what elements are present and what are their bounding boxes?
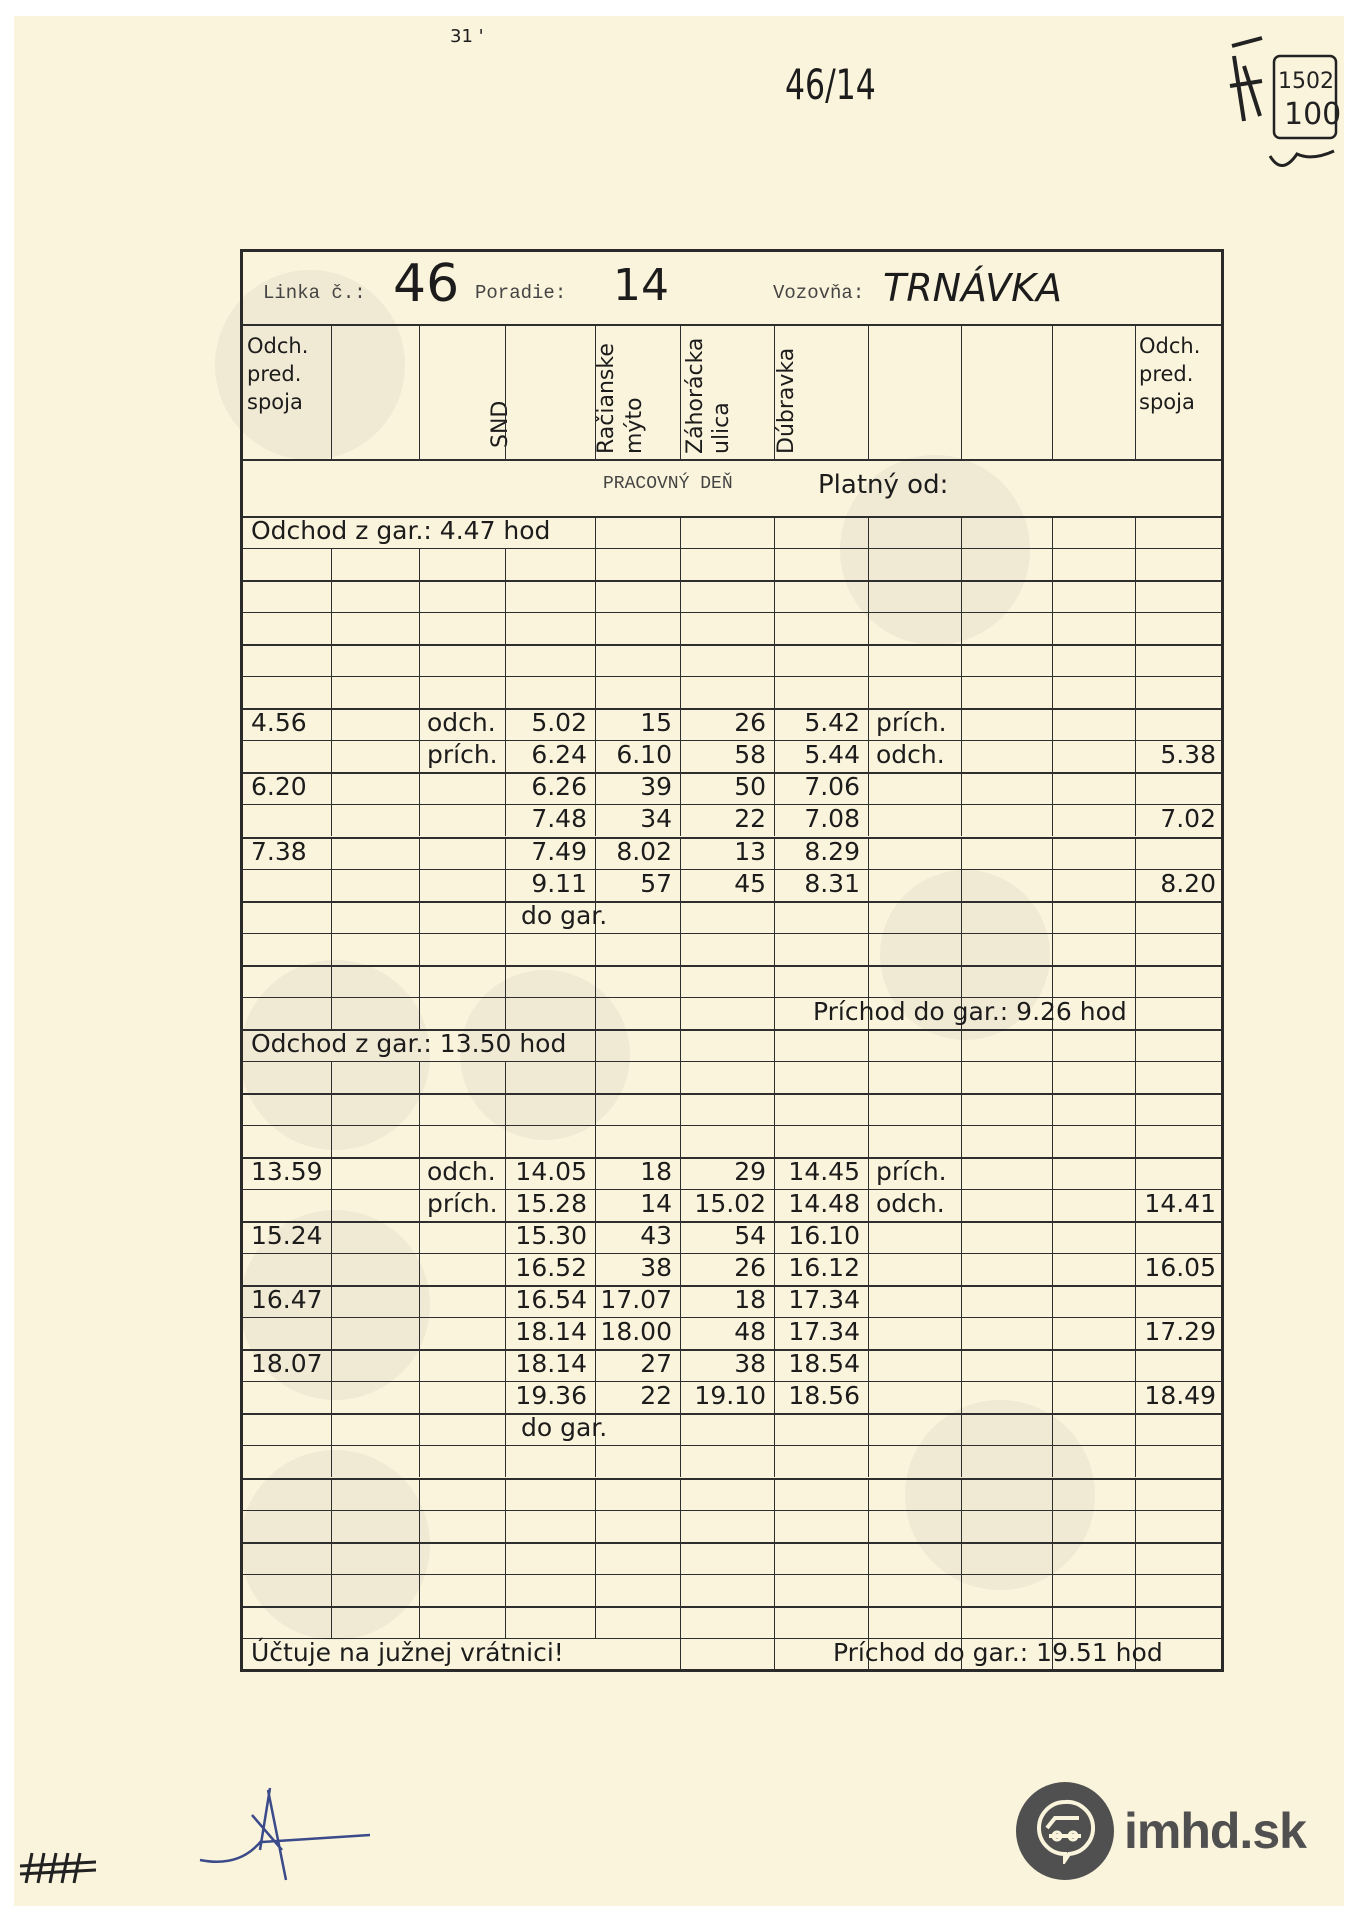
grid-column-line	[1135, 580, 1136, 612]
time-cell-zu: 19.10	[680, 1380, 766, 1412]
time-cell-rm: 34	[595, 803, 672, 835]
time-cell-prev: 4.56	[251, 707, 307, 739]
grid-column-line	[1135, 708, 1136, 740]
stop-header-dubravka: Dúbravka	[775, 348, 799, 454]
time-cell-rm: 18.00	[595, 1316, 672, 1348]
grid-column-line	[774, 548, 775, 580]
grid-column-line	[868, 1221, 869, 1253]
grid-column-line	[961, 772, 962, 804]
grid-column-line	[1052, 324, 1053, 459]
grid-column-line	[961, 1510, 962, 1542]
time-cell-prev: 13.59	[251, 1156, 323, 1188]
grid-column-line	[505, 1413, 506, 1445]
grid-column-line	[961, 612, 962, 644]
header-line: pred.	[247, 360, 308, 388]
grid-column-line	[331, 740, 332, 772]
grid-column-line	[595, 965, 596, 997]
grid-row-line	[243, 459, 1221, 461]
grid-column-line	[1135, 1221, 1136, 1253]
grid-column-line	[774, 580, 775, 612]
grid-column-line	[680, 1574, 681, 1606]
time-cell-note: prích.	[876, 707, 947, 739]
grid-column-line	[868, 324, 869, 459]
grid-column-line	[419, 1542, 420, 1574]
grid-column-line	[868, 612, 869, 644]
time-cell-dub: 7.08	[774, 803, 860, 835]
grid-column-line	[419, 1189, 420, 1221]
grid-column-line	[1052, 708, 1053, 740]
grid-column-line	[331, 965, 332, 997]
grid-column-line	[505, 580, 506, 612]
grid-column-line	[680, 901, 681, 933]
header-line: spoja	[247, 388, 308, 416]
grid-column-line	[961, 1574, 962, 1606]
grid-column-line	[1052, 1093, 1053, 1125]
time-cell-prev: 7.38	[251, 836, 307, 868]
grid-column-line	[868, 804, 869, 836]
time-cell-zu: 22	[680, 803, 766, 835]
time-cell-zu: 45	[680, 868, 766, 900]
grid-column-line	[1052, 548, 1053, 580]
grid-column-line	[1052, 676, 1053, 708]
grid-column-line	[868, 1445, 869, 1477]
grid-column-line	[868, 1542, 869, 1574]
grid-row-line	[243, 1061, 1221, 1062]
grid-column-line	[868, 1029, 869, 1061]
time-cell-next: 7.02	[1135, 803, 1216, 835]
grid-row-line	[243, 1606, 1221, 1608]
grid-column-line	[680, 997, 681, 1029]
reference-number: 46/14	[785, 60, 876, 109]
time-cell-prev: 15.24	[251, 1220, 323, 1252]
grid-column-line	[868, 869, 869, 901]
grid-column-line	[868, 1189, 869, 1221]
grid-row-line	[243, 1125, 1221, 1126]
grid-column-line	[774, 1574, 775, 1606]
grid-column-line	[868, 1413, 869, 1445]
order-label: Poradie:	[475, 282, 566, 304]
grid-column-line	[505, 548, 506, 580]
time-cell-snd: 14.05	[505, 1156, 587, 1188]
time-cell-mark: odch.	[427, 707, 496, 739]
grid-column-line	[1135, 516, 1136, 548]
grid-column-line	[595, 1478, 596, 1510]
time-cell-next: 16.05	[1135, 1252, 1216, 1284]
grid-column-line	[595, 933, 596, 965]
grid-column-line	[680, 1510, 681, 1542]
grid-column-line	[331, 901, 332, 933]
grid-column-line	[961, 708, 962, 740]
grid-row-line	[243, 1510, 1221, 1511]
header-line: Odch.	[1139, 332, 1200, 360]
grid-column-line	[331, 772, 332, 804]
grid-column-line	[419, 965, 420, 997]
grid-column-line	[1052, 1253, 1053, 1285]
grid-column-line	[331, 1574, 332, 1606]
grid-column-line	[868, 1606, 869, 1638]
grid-column-line	[331, 548, 332, 580]
time-cell-rm: 38	[595, 1252, 672, 1284]
grid-row-line	[243, 548, 1221, 549]
grid-column-line	[595, 644, 596, 676]
grid-column-line	[419, 1253, 420, 1285]
time-cell-rm: 39	[595, 771, 672, 803]
grid-column-line	[868, 1125, 869, 1157]
timetable-title-row: Linka č.: 46 Poradie: 14 Vozovňa: TRNÁVK…	[243, 252, 1221, 324]
grid-column-line	[419, 1606, 420, 1638]
grid-column-line	[680, 1061, 681, 1093]
time-cell-snd: 15.28	[505, 1188, 587, 1220]
grid-column-line	[505, 1125, 506, 1157]
time-cell-snd: 16.52	[505, 1252, 587, 1284]
grid-column-line	[1052, 1221, 1053, 1253]
grid-column-line	[331, 1061, 332, 1093]
grid-column-line	[868, 837, 869, 869]
header-line: spoja	[1139, 388, 1200, 416]
grid-column-line	[331, 1317, 332, 1349]
grid-column-line	[331, 1478, 332, 1510]
grid-column-line	[868, 1349, 869, 1381]
grid-column-line	[595, 1093, 596, 1125]
grid-column-line	[419, 324, 420, 459]
grid-column-line	[774, 933, 775, 965]
day-type-label: PRACOVNÝ DEŇ	[603, 474, 733, 494]
grid-row-line	[243, 901, 1221, 903]
time-cell-snd: 9.11	[505, 868, 587, 900]
grid-column-line	[419, 612, 420, 644]
time-cell-rm: 43	[595, 1220, 672, 1252]
time-cell-next: 17.29	[1135, 1316, 1216, 1348]
grid-column-line	[595, 548, 596, 580]
grid-column-line	[331, 1381, 332, 1413]
tally-marks-icon	[16, 1848, 106, 1888]
grid-column-line	[419, 1381, 420, 1413]
grid-column-line	[419, 933, 420, 965]
grid-column-line	[680, 1413, 681, 1445]
grid-column-line	[868, 1510, 869, 1542]
grid-column-line	[331, 612, 332, 644]
grid-column-line	[1135, 837, 1136, 869]
grid-column-line	[419, 708, 420, 740]
timetable: Linka č.: 46 Poradie: 14 Vozovňa: TRNÁVK…	[240, 249, 1224, 1672]
grid-column-line	[505, 644, 506, 676]
grid-column-line	[1052, 933, 1053, 965]
grid-column-line	[868, 1381, 869, 1413]
grid-column-line	[868, 676, 869, 708]
grid-column-line	[1052, 1189, 1053, 1221]
grid-column-line	[961, 1061, 962, 1093]
grid-column-line	[1135, 1413, 1136, 1445]
time-cell-zu: 15.02	[680, 1188, 766, 1220]
grid-column-line	[961, 1285, 962, 1317]
left-column-header: Odch. pred. spoja	[247, 332, 308, 416]
grid-column-line	[1052, 1029, 1053, 1061]
grid-column-line	[774, 997, 775, 1029]
grid-column-line	[1052, 1606, 1053, 1638]
grid-column-line	[331, 997, 332, 1029]
grid-column-line	[774, 1445, 775, 1477]
grid-column-line	[419, 772, 420, 804]
grid-column-line	[680, 1638, 681, 1670]
margin-note-top: 31 '	[450, 26, 484, 47]
svg-text:100: 100	[1284, 97, 1341, 132]
time-cell-note: prích.	[876, 1156, 947, 1188]
time-cell-next: 8.20	[1135, 868, 1216, 900]
grid-column-line	[680, 1478, 681, 1510]
grid-column-line	[1052, 1285, 1053, 1317]
grid-column-line	[774, 1478, 775, 1510]
time-cell-prev: 6.20	[251, 771, 307, 803]
grid-column-line	[505, 676, 506, 708]
grid-column-line	[595, 1510, 596, 1542]
grid-column-line	[419, 804, 420, 836]
time-cell-rm: 8.02	[595, 836, 672, 868]
header-line: Odch.	[247, 332, 308, 360]
grid-column-line	[868, 1061, 869, 1093]
time-cell-note: odch.	[876, 1188, 945, 1220]
grid-column-line	[1052, 1125, 1053, 1157]
grid-column-line	[774, 612, 775, 644]
grid-column-line	[419, 1574, 420, 1606]
grid-column-line	[680, 1029, 681, 1061]
grid-column-line	[595, 997, 596, 1029]
grid-column-line	[331, 708, 332, 740]
grid-column-line	[1052, 1574, 1053, 1606]
time-cell-dub: 17.34	[774, 1316, 860, 1348]
grid-column-line	[774, 1061, 775, 1093]
grid-column-line	[1135, 772, 1136, 804]
grid-column-line	[961, 1606, 962, 1638]
grid-column-line	[868, 965, 869, 997]
stop-header-snd: SND	[489, 401, 513, 448]
grid-column-line	[1052, 580, 1053, 612]
grid-column-line	[1052, 644, 1053, 676]
grid-column-line	[1052, 1542, 1053, 1574]
grid-column-line	[868, 1285, 869, 1317]
signature-icon	[190, 1780, 380, 1890]
grid-column-line	[961, 1253, 962, 1285]
grid-column-line	[419, 1317, 420, 1349]
grid-column-line	[331, 580, 332, 612]
time-cell-note: odch.	[876, 739, 945, 771]
grid-column-line	[1052, 1445, 1053, 1477]
grid-column-line	[868, 1574, 869, 1606]
grid-column-line	[961, 548, 962, 580]
grid-column-line	[595, 1542, 596, 1574]
grid-column-line	[419, 997, 420, 1029]
time-cell-snd: 7.49	[505, 836, 587, 868]
grid-column-line	[961, 1413, 962, 1445]
grid-column-line	[680, 1606, 681, 1638]
grid-column-line	[1052, 1349, 1053, 1381]
grid-column-line	[868, 901, 869, 933]
grid-column-line	[1135, 548, 1136, 580]
grid-column-line	[868, 1253, 869, 1285]
grid-column-line	[680, 580, 681, 612]
header-line: pred.	[1139, 360, 1200, 388]
grid-column-line	[595, 580, 596, 612]
grid-column-line	[1052, 837, 1053, 869]
grid-column-line	[774, 516, 775, 548]
grid-column-line	[331, 324, 332, 459]
time-cell-dub: 7.06	[774, 771, 860, 803]
grid-column-line	[505, 965, 506, 997]
time-cell-mark: prích.	[427, 1188, 498, 1220]
grid-column-line	[419, 1413, 420, 1445]
return-to-garage-note: do gar.	[521, 1412, 607, 1444]
grid-column-line	[961, 1157, 962, 1189]
grid-column-line	[961, 1381, 962, 1413]
grid-column-line	[1052, 740, 1053, 772]
grid-column-line	[419, 1157, 420, 1189]
grid-column-line	[331, 804, 332, 836]
grid-column-line	[961, 740, 962, 772]
grid-column-line	[331, 1157, 332, 1189]
time-cell-rm: 27	[595, 1348, 672, 1380]
grid-column-line	[868, 740, 869, 772]
return-to-garage-note: do gar.	[521, 900, 607, 932]
grid-column-line	[1052, 1317, 1053, 1349]
grid-row-line	[243, 1093, 1221, 1095]
grid-column-line	[595, 1445, 596, 1477]
grid-column-line	[331, 1189, 332, 1221]
grid-column-line	[419, 1221, 420, 1253]
time-cell-dub: 17.34	[774, 1284, 860, 1316]
grid-column-line	[505, 901, 506, 933]
grid-column-line	[868, 708, 869, 740]
grid-column-line	[1135, 1445, 1136, 1477]
grid-column-line	[1052, 1381, 1053, 1413]
time-cell-zu: 18	[680, 1284, 766, 1316]
time-cell-rm: 18	[595, 1156, 672, 1188]
grid-column-line	[868, 933, 869, 965]
grid-column-line	[868, 1478, 869, 1510]
line-number: 46	[393, 254, 459, 314]
grid-column-line	[595, 1061, 596, 1093]
grid-column-line	[680, 1093, 681, 1125]
grid-column-line	[419, 1445, 420, 1477]
grid-row-line	[243, 1542, 1221, 1544]
time-cell-zu: 26	[680, 707, 766, 739]
grid-column-line	[1135, 1510, 1136, 1542]
time-cell-zu: 13	[680, 836, 766, 868]
time-cell-snd: 15.30	[505, 1220, 587, 1252]
grid-column-line	[1135, 901, 1136, 933]
stop-header-racianske-myto: Račianske mýto	[593, 324, 649, 454]
grid-column-line	[505, 1510, 506, 1542]
grid-column-line	[505, 1445, 506, 1477]
grid-column-line	[774, 1542, 775, 1574]
grid-column-line	[419, 1285, 420, 1317]
grid-column-line	[961, 901, 962, 933]
grid-column-line	[961, 324, 962, 459]
grid-column-line	[680, 1542, 681, 1574]
time-cell-snd: 5.02	[505, 707, 587, 739]
grid-column-line	[331, 1542, 332, 1574]
grid-column-line	[505, 1478, 506, 1510]
grid-column-line	[961, 1542, 962, 1574]
grid-column-line	[961, 676, 962, 708]
imhd-logo-icon	[1016, 1782, 1114, 1880]
grid-row-line	[243, 644, 1221, 646]
grid-column-line	[774, 1638, 775, 1670]
depot-name: TRNÁVKA	[883, 266, 1062, 310]
grid-column-line	[1052, 804, 1053, 836]
grid-column-line	[774, 676, 775, 708]
grid-row-line	[243, 1478, 1221, 1480]
grid-column-line	[595, 612, 596, 644]
grid-column-line	[961, 644, 962, 676]
grid-column-line	[595, 676, 596, 708]
time-cell-zu: 48	[680, 1316, 766, 1348]
grid-column-line	[961, 804, 962, 836]
grid-column-line	[1052, 901, 1053, 933]
time-cell-rm: 14	[595, 1188, 672, 1220]
grid-column-line	[1135, 676, 1136, 708]
grid-column-line	[1135, 1093, 1136, 1125]
garage-note: Odchod z gar.: 13.50 hod	[251, 1028, 566, 1060]
grid-column-line	[961, 1349, 962, 1381]
garage-arrival-note: Príchod do gar.: 9.26 hod	[813, 996, 1127, 1028]
time-cell-dub: 14.48	[774, 1188, 860, 1220]
grid-column-line	[961, 933, 962, 965]
grid-column-line	[961, 1029, 962, 1061]
grid-column-line	[961, 1221, 962, 1253]
grid-column-line	[961, 1189, 962, 1221]
grid-column-line	[331, 1125, 332, 1157]
grid-column-line	[868, 580, 869, 612]
time-cell-dub: 5.44	[774, 739, 860, 771]
grid-column-line	[419, 548, 420, 580]
grid-column-line	[774, 1413, 775, 1445]
grid-column-line	[680, 644, 681, 676]
time-cell-snd: 16.54	[505, 1284, 587, 1316]
grid-column-line	[419, 869, 420, 901]
grid-column-line	[331, 837, 332, 869]
time-cell-snd: 18.14	[505, 1348, 587, 1380]
grid-column-line	[868, 548, 869, 580]
time-cell-zu: 38	[680, 1348, 766, 1380]
grid-column-line	[1052, 1061, 1053, 1093]
time-cell-snd: 7.48	[505, 803, 587, 835]
grid-column-line	[1135, 997, 1136, 1029]
time-cell-next: 18.49	[1135, 1380, 1216, 1412]
garage-arrival-note: Príchod do gar.: 19.51 hod	[833, 1637, 1163, 1669]
grid-column-line	[774, 1093, 775, 1125]
grid-column-line	[331, 1093, 332, 1125]
time-cell-zu: 58	[680, 739, 766, 771]
time-cell-zu: 50	[680, 771, 766, 803]
grid-column-line	[419, 1478, 420, 1510]
grid-column-line	[419, 1349, 420, 1381]
grid-column-line	[1135, 1574, 1136, 1606]
grid-column-line	[331, 869, 332, 901]
grid-row-line	[243, 1574, 1221, 1575]
grid-column-line	[595, 1606, 596, 1638]
time-cell-snd: 19.36	[505, 1380, 587, 1412]
grid-column-line	[505, 1606, 506, 1638]
time-cell-zu: 26	[680, 1252, 766, 1284]
grid-column-line	[961, 516, 962, 548]
grid-column-line	[595, 516, 596, 548]
grid-column-line	[868, 516, 869, 548]
grid-column-line	[595, 1125, 596, 1157]
grid-column-line	[505, 1093, 506, 1125]
grid-column-line	[774, 1510, 775, 1542]
grid-column-line	[595, 1029, 596, 1061]
time-cell-snd: 6.26	[505, 771, 587, 803]
time-cell-rm: 57	[595, 868, 672, 900]
